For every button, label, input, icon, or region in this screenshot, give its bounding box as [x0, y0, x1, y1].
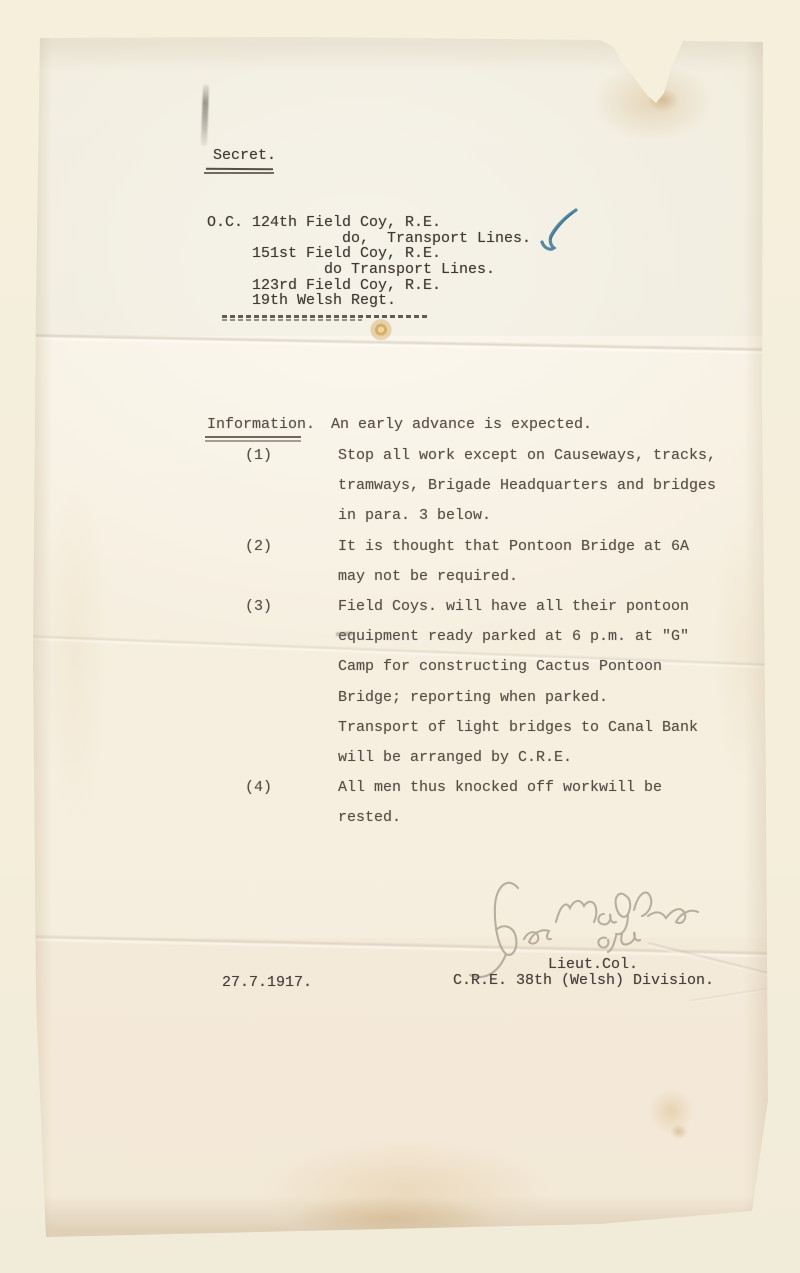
paper-sheet: Secret. O.C. 124th Field Coy, R.E. do, T… — [0, 0, 800, 1273]
document-scan: Secret. O.C. 124th Field Coy, R.E. do, T… — [0, 0, 800, 1273]
classification-label: Secret. — [213, 148, 276, 164]
item-number: (1) — [245, 447, 338, 464]
address-line: do Transport Lines. — [207, 262, 531, 278]
info-item-row: equipment ready parked at 6 p.m. at "G" — [245, 628, 765, 658]
item-text-line: may not be required. — [338, 568, 518, 585]
typed-dashed-divider — [222, 315, 430, 318]
info-item-row: rested. — [245, 809, 765, 839]
info-item-row: will be arranged by C.R.E. — [245, 749, 765, 779]
item-text-line: All men thus knocked off workwill be — [338, 779, 662, 796]
item-text-line: Bridge; reporting when parked. — [338, 689, 608, 706]
item-text-line: will be arranged by C.R.E. — [338, 749, 572, 766]
info-heading: Information. — [207, 417, 315, 433]
underline — [205, 436, 301, 438]
info-intro: An early advance is expected. — [331, 417, 592, 433]
address-line: 151st Field Coy, R.E. — [207, 246, 531, 262]
info-item-row: tramways, Brigade Headquarters and bridg… — [245, 477, 765, 507]
date-label: 27.7.1917. — [222, 975, 312, 991]
info-item-row: may not be required. — [245, 568, 765, 598]
stray-pencil-mark — [336, 632, 352, 637]
info-item-row: (4)All men thus knocked off workwill be — [245, 779, 765, 809]
info-item-row: Bridge; reporting when parked. — [245, 689, 765, 719]
item-number: (3) — [245, 598, 338, 615]
typed-dashed-divider — [222, 319, 362, 322]
item-text-line: Stop all work except on Causeways, track… — [338, 447, 716, 464]
item-text-line: It is thought that Pontoon Bridge at 6A — [338, 538, 689, 555]
info-item-row: (2)It is thought that Pontoon Bridge at … — [245, 538, 765, 568]
signoff-rank: Lieut.Col. — [548, 957, 638, 973]
underline — [204, 172, 274, 174]
info-item-row: (3)Field Coys. will have all their ponto… — [245, 598, 765, 628]
item-text-line: rested. — [338, 809, 401, 826]
item-text-line: equipment ready parked at 6 p.m. at "G" — [338, 628, 689, 645]
info-item-row: Transport of light bridges to Canal Bank — [245, 719, 765, 749]
fold-crease — [30, 333, 775, 355]
item-text-line: Transport of light bridges to Canal Bank — [338, 719, 698, 736]
info-item-row: Camp for constructing Cactus Pontoon — [245, 658, 765, 688]
item-number: (4) — [245, 779, 338, 796]
signoff-unit: C.R.E. 38th (Welsh) Division. — [453, 973, 714, 989]
info-item-row: in para. 3 below. — [245, 507, 765, 537]
info-item-row: (1)Stop all work except on Causeways, tr… — [245, 447, 765, 477]
address-line: 19th Welsh Regt. — [207, 293, 531, 309]
item-text-line: tramways, Brigade Headquarters and bridg… — [338, 477, 716, 494]
address-block: O.C. 124th Field Coy, R.E. do, Transport… — [207, 215, 531, 309]
item-text-line: in para. 3 below. — [338, 507, 491, 524]
underline — [205, 440, 301, 442]
checkmark-icon — [536, 208, 580, 254]
item-text-line: Camp for constructing Cactus Pontoon — [338, 658, 662, 675]
info-items: (1)Stop all work except on Causeways, tr… — [245, 447, 765, 839]
item-number: (2) — [245, 538, 338, 555]
item-text-line: Field Coys. will have all their pontoon — [338, 598, 689, 615]
stain — [40, 480, 110, 820]
address-line: O.C. 124th Field Coy, R.E. — [207, 215, 531, 231]
